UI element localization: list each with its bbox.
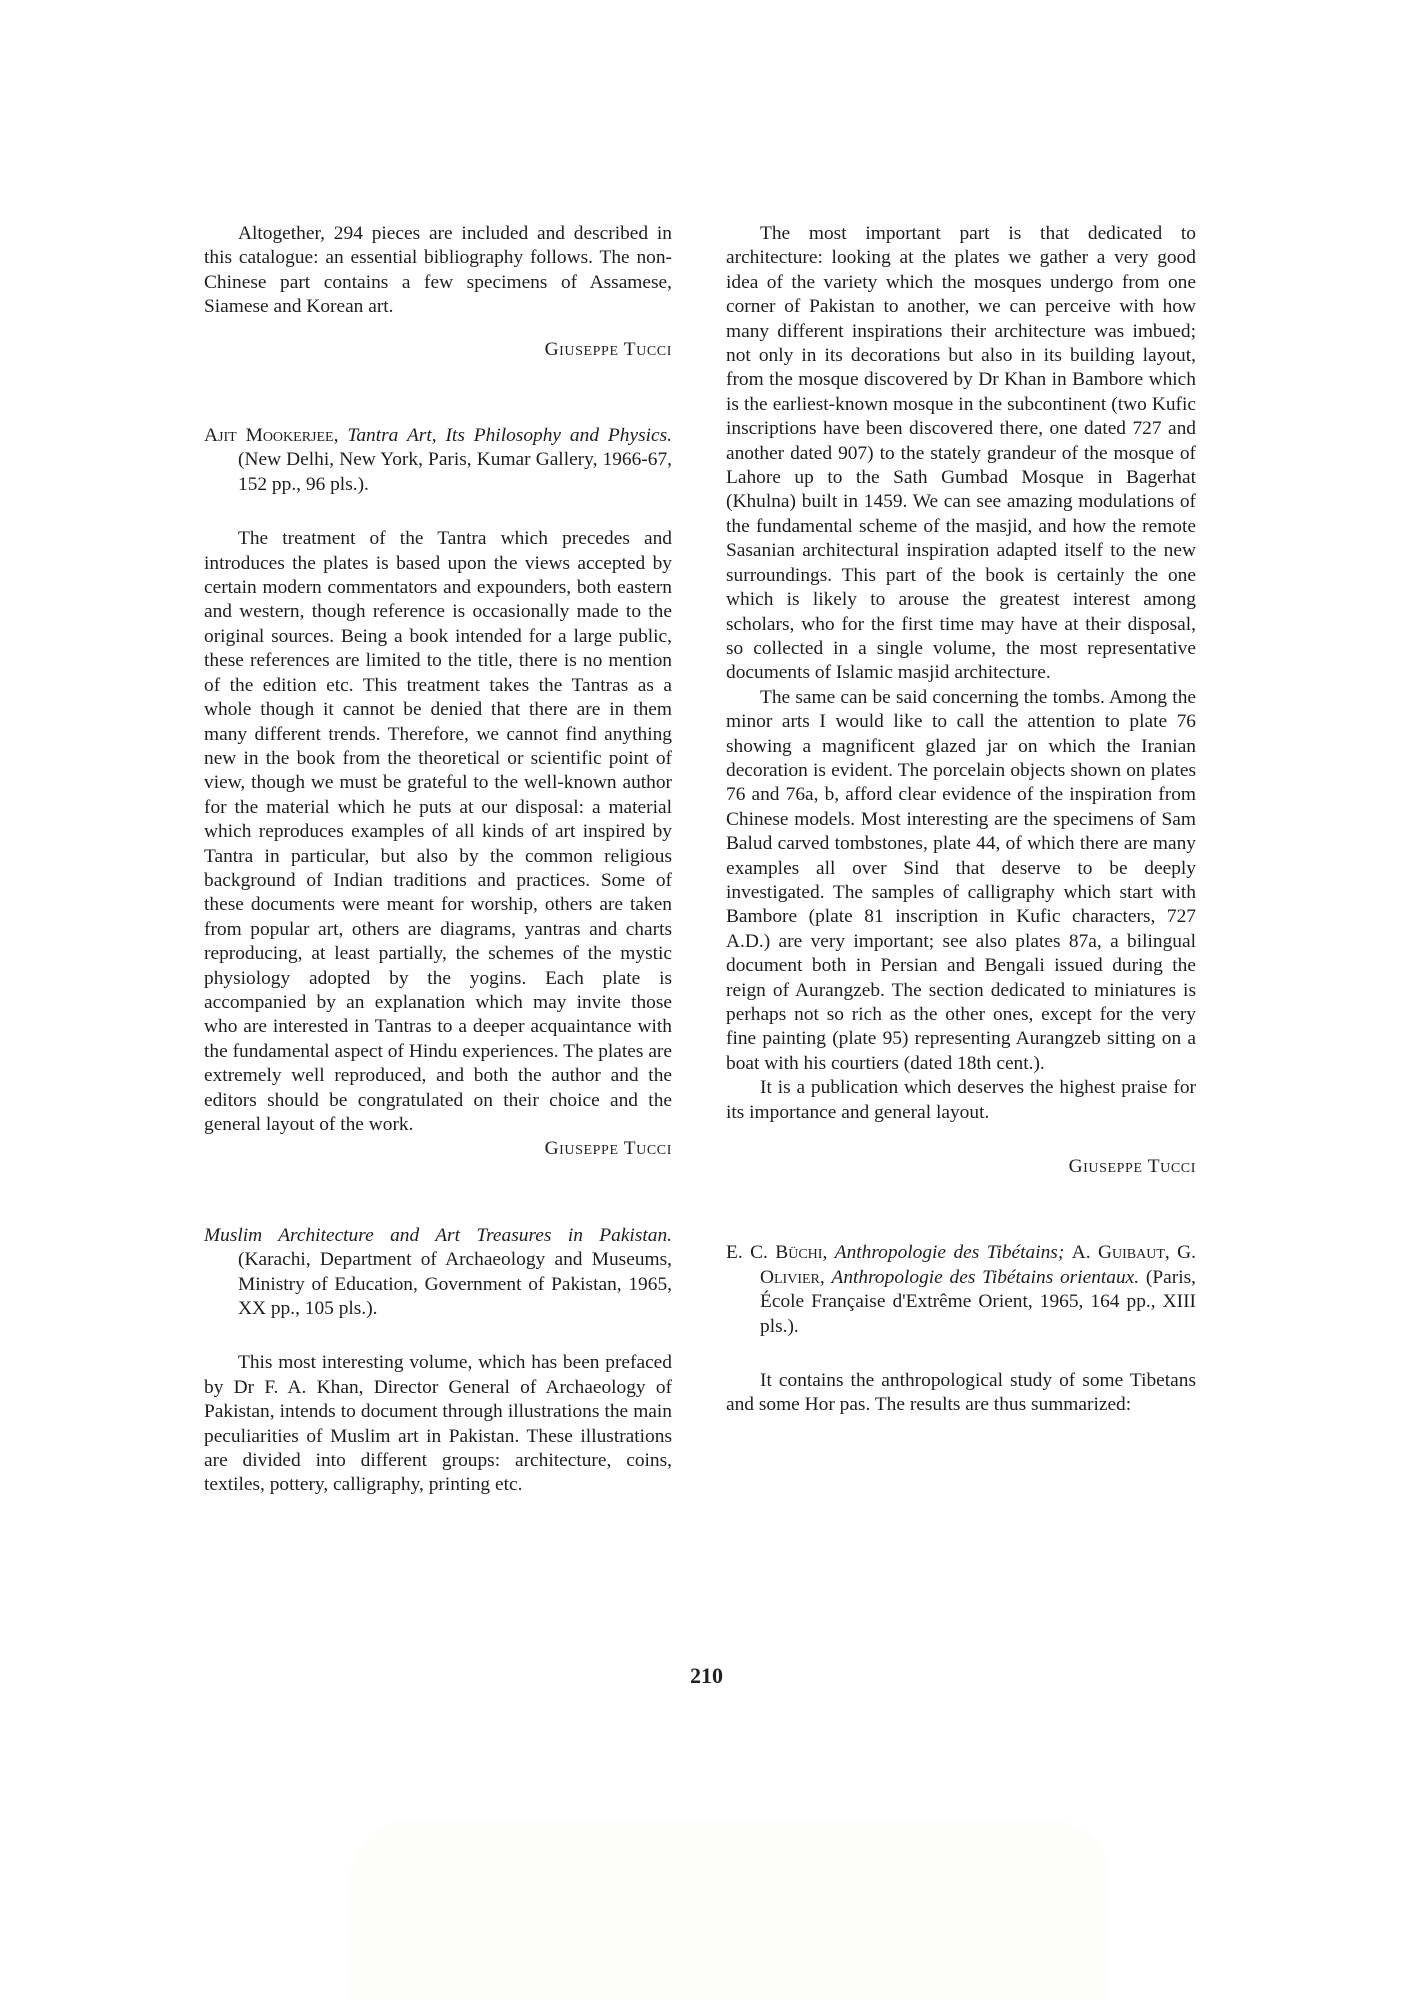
reviewer-signature: Giuseppe Tucci — [204, 1137, 672, 1161]
book-title: Tantra Art, Its Philosophy and Physics. — [347, 425, 672, 446]
book-publication-info: (Karachi, Department of Archaeology and … — [238, 1249, 672, 1319]
review-body: The most important part is that dedicate… — [726, 222, 1196, 686]
book-entry-muslim-architecture: Muslim Architecture and Art Treasures in… — [204, 1224, 672, 1322]
review-body: It is a publication which deserves the h… — [726, 1076, 1196, 1125]
scan-artifact — [350, 1820, 1110, 2000]
reviewer-signature: Giuseppe Tucci — [726, 1155, 1196, 1179]
reviewer-signature: Giuseppe Tucci — [204, 338, 672, 362]
review-body: The treatment of the Tantra which preced… — [204, 527, 672, 1137]
page-number: 210 — [0, 1663, 1413, 1689]
intro-paragraph: Altogether, 294 pieces are included and … — [204, 222, 672, 320]
book-title: Anthropologie des Tibé­tains orientaux. — [831, 1267, 1139, 1288]
document-page: Altogether, 294 pieces are included and … — [0, 0, 1413, 2000]
book-entry-tantra-art: Ajit Mookerjee, Tantra Art, Its Philosop… — [204, 424, 672, 497]
review-body: It contains the anthropological study of… — [726, 1369, 1196, 1418]
right-column: The most important part is that dedicate… — [726, 222, 1196, 1418]
book-title: Anthropologie des Tibétains; — [835, 1242, 1065, 1263]
review-body: This most interesting volume, which has … — [204, 1351, 672, 1497]
book-title: Muslim Architecture and Art Treasures in… — [204, 1225, 672, 1246]
book-author: Ajit Mookerjee, — [204, 425, 338, 446]
review-body: The same can be said concerning the tomb… — [726, 686, 1196, 1077]
book-entry-anthropologie: E. C. Büchi, Anthropologie des Tibétains… — [726, 1241, 1196, 1339]
book-publication-info: (New Delhi, New York, Paris, Ku­mar Gall… — [238, 449, 672, 494]
book-author: E. C. Büchi, — [726, 1242, 827, 1263]
left-column: Altogether, 294 pieces are included and … — [204, 222, 672, 1498]
